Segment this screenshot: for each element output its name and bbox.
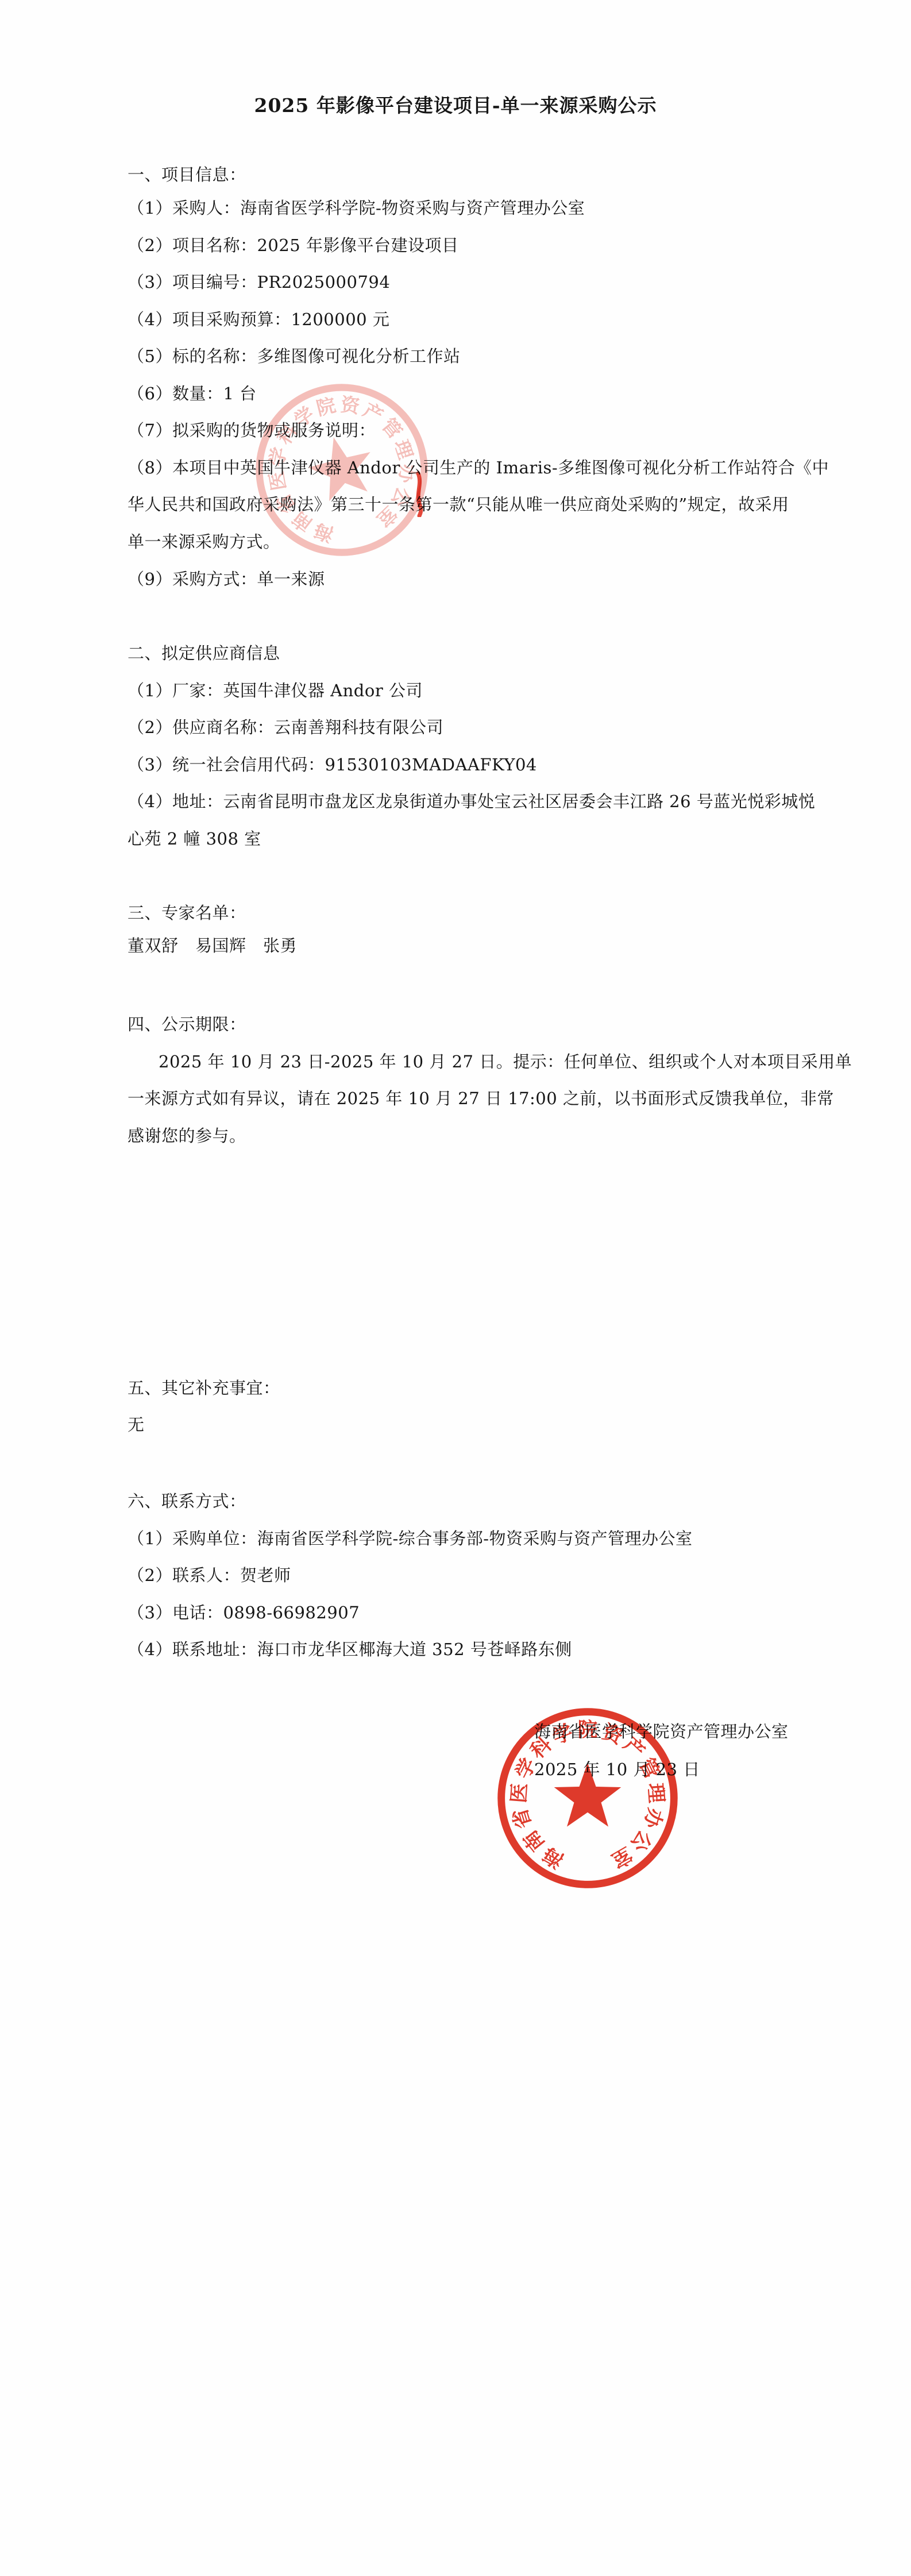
- seal-char: 医: [265, 470, 290, 492]
- section2-item-4-line1: （4）地址：云南省昆明市盘龙区龙泉街道办事处宝云社区居委会丰江路 26 号蓝光悦…: [128, 792, 815, 811]
- section6-heading: 六、联系方式：: [128, 1492, 246, 1510]
- seal-char: 管: [634, 1754, 663, 1783]
- seal-char: 室: [607, 1842, 636, 1872]
- seal-char: 省: [508, 1805, 536, 1831]
- faint-seal-stamp: 海南省医学科学院资产管理办公室: [223, 352, 460, 588]
- seal-char: 海: [311, 519, 336, 546]
- doc-title: 2025 年影像平台建设项目-单一来源采购公示: [0, 91, 911, 118]
- section6-item-4: （4）联系地址：海口市龙华区椰海大道 352 号苍峄路东侧: [128, 1640, 572, 1659]
- section1-item-3: （3）项目编号：PR2025000794: [128, 273, 390, 291]
- section2-heading: 二、拟定供应商信息: [128, 644, 280, 662]
- section1-item-8-line1: （8）本项目中英国牛津仪器 Andor 公司生产的 Imaris-多维图像可视化…: [128, 458, 829, 477]
- section4-line3: 感谢您的参与。: [128, 1127, 246, 1145]
- seal-char: 学: [549, 1720, 576, 1749]
- section2-item-4-line2: 心苑 2 幢 308 室: [128, 830, 261, 848]
- section2-item-2: （2）供应商名称：云南善翔科技有限公司: [128, 718, 443, 736]
- seal-char: 理: [643, 1782, 668, 1804]
- section3-expert-names: 董双舒 易国辉 张勇: [128, 936, 297, 955]
- section1-item-2: （2）项目名称：2025 年影像平台建设项目: [128, 236, 458, 254]
- section4-line1: 2025 年 10 月 23 日-2025 年 10 月 27 日。提示：任何单…: [159, 1052, 852, 1071]
- seal-char: 学: [265, 445, 291, 468]
- seal-char: 资: [599, 1721, 627, 1749]
- seal-char: 院: [314, 394, 338, 420]
- seal-char: 办: [639, 1806, 667, 1832]
- seal-char: 理: [390, 437, 418, 463]
- section3-heading: 三、专家名单：: [128, 904, 246, 922]
- section4-line2: 一来源方式如有异议，请在 2025 年 10 月 27 日 17:00 之前，以…: [128, 1089, 834, 1108]
- section5-heading: 五、其它补充事宜：: [128, 1379, 280, 1397]
- red-ink-streak: [411, 471, 429, 517]
- section5-line1: 无: [128, 1416, 145, 1434]
- section6-item-1: （1）采购单位：海南省医学科学院-综合事务部-物资采购与资产管理办公室: [128, 1529, 693, 1548]
- section1-heading: 一、项目信息：: [128, 165, 246, 184]
- document-page: 2025 年影像平台建设项目-单一来源采购公示 一、项目信息： （1）采购人：海…: [0, 0, 911, 2576]
- section2-item-1: （1）厂家：英国牛津仪器 Andor 公司: [128, 681, 423, 700]
- seal-char: 医: [507, 1782, 531, 1804]
- section6-item-3: （3）电话：0898-66982907: [128, 1603, 360, 1622]
- section6-item-2: （2）联系人：贺老师: [128, 1566, 291, 1584]
- official-seal-stamp: 海南省医学科学院资产管理办公室: [485, 1696, 690, 1900]
- seal-char: 院: [578, 1718, 598, 1741]
- section4-heading: 四、公示期限：: [128, 1015, 246, 1034]
- section2-item-3: （3）统一社会信用代码：91530103MADAAFKY04: [128, 755, 537, 774]
- section1-item-1: （1）采购人：海南省医学科学院-物资采购与资产管理办公室: [128, 199, 585, 217]
- seal-char: 学: [512, 1754, 541, 1783]
- seal-char: 省: [272, 489, 300, 517]
- seal-star-icon: [303, 430, 380, 504]
- seal-char: 资: [339, 393, 362, 418]
- section1-item-4: （4）项目采购预算：1200000 元: [128, 310, 389, 329]
- seal-star-icon: [554, 1763, 622, 1827]
- section1-item-8-line2: 华人民共和国政府采购法》第三十一条第一款“只能从唯一供应商处采购的”规定，故采用: [128, 495, 789, 514]
